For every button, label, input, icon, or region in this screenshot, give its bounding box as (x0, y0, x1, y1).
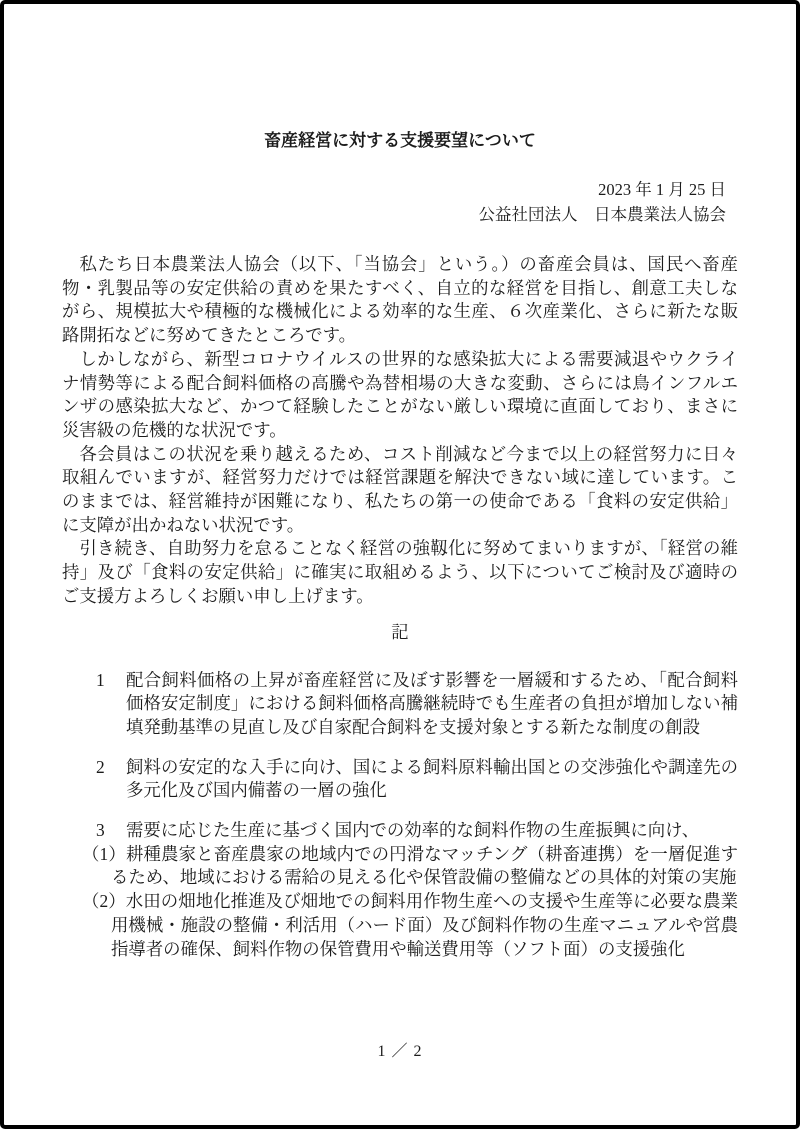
sub-item-text: 水田の畑地化推進及び畑地での飼料用作物生産への支援や生産等に必要な農業用機械・施… (111, 891, 738, 958)
list-item-text: 配合飼料価格の上昇が畜産経営に及ぼす影響を一層緩和するため、「配合飼料価格安定制… (126, 669, 738, 740)
page-number: 1 ／ 2 (4, 1038, 796, 1061)
document-title: 畜産経営に対する支援要望について (62, 129, 738, 153)
sub-item-label: （1） (82, 844, 126, 864)
list-item-number: 1 (96, 669, 126, 740)
list-item-3: 3 需要に応じた生産に基づく国内での効率的な飼料作物の生産振興に向け、 (62, 819, 738, 843)
document-organization: 公益社団法人 日本農業法人協会 (62, 202, 726, 227)
request-list: 1 配合飼料価格の上昇が畜産経営に及ぼす影響を一層緩和するため、「配合飼料価格安… (62, 669, 738, 962)
body-paragraph: 引き続き、自助努力を怠ることなく経営の強靱化に努めてまいりますが、「経営の維持」… (62, 537, 738, 608)
document-body: 私たち日本農業法人協会（以下、「当協会」という。）の畜産会員は、国民へ畜産物・乳… (62, 253, 738, 609)
document-page: 畜産経営に対する支援要望について 2023 年 1 月 25 日 公益社団法人 … (0, 0, 800, 1129)
list-item-text: 飼料の安定的な入手に向け、国による飼料原料輸出国との交渉強化や調達先の多元化及び… (126, 756, 738, 803)
list-item-number: 3 (96, 819, 126, 843)
document-meta: 2023 年 1 月 25 日 公益社団法人 日本農業法人協会 (62, 177, 738, 227)
document-date: 2023 年 1 月 25 日 (62, 177, 726, 202)
list-item-1: 1 配合飼料価格の上昇が畜産経営に及ぼす影響を一層緩和するため、「配合飼料価格安… (62, 669, 738, 740)
list-item-number: 2 (96, 756, 126, 803)
body-paragraph: しかしながら、新型コロナウイルスの世界的な感染拡大による需要減退やウクライナ情勢… (62, 348, 738, 443)
sub-item-1: （1）耕種農家と畜産農家の地域内での円滑なマッチング（耕畜連携）を一層促進するた… (82, 843, 738, 890)
list-item-text: 需要に応じた生産に基づく国内での効率的な飼料作物の生産振興に向け、 (126, 819, 738, 843)
sub-item-label: （2） (82, 891, 126, 911)
sub-item-2: （2）水田の畑地化推進及び畑地での飼料用作物生産への支援や生産等に必要な農業用機… (82, 890, 738, 961)
sub-item-text: 耕種農家と畜産農家の地域内での円滑なマッチング（耕畜連携）を一層促進するため、地… (111, 844, 738, 888)
body-paragraph: 私たち日本農業法人協会（以下、「当協会」という。）の畜産会員は、国民へ畜産物・乳… (62, 253, 738, 348)
list-item-2: 2 飼料の安定的な入手に向け、国による飼料原料輸出国との交渉強化や調達先の多元化… (62, 756, 738, 803)
body-paragraph: 各会員はこの状況を乗り越えるため、コスト削減など今まで以上の経営努力に日々取組ん… (62, 443, 738, 538)
section-marker-ki: 記 (62, 620, 738, 644)
